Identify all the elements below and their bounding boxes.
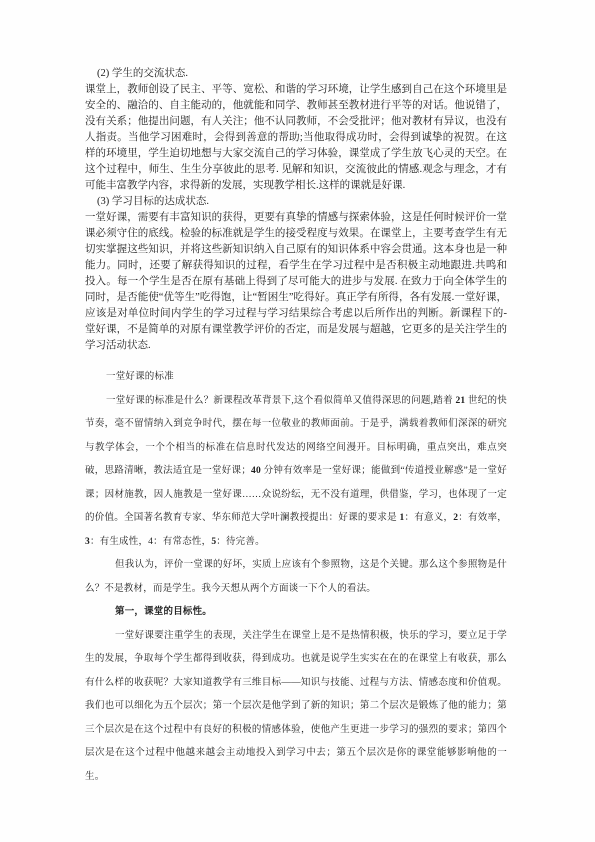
text-segment: 一堂好课，需要有丰富知识的获得，更要有真挚的情感与探索体验，这是任何时候评价一堂… bbox=[85, 212, 507, 351]
text-segment: 课堂上，教师创设了民主、平等、宽松、和谐的学习环境，让学生感到自己在这个环境里是… bbox=[85, 84, 507, 191]
text-segment: 第一，课堂的目标性。 bbox=[115, 607, 212, 617]
text-segment: ：有效率， bbox=[458, 513, 507, 523]
text-segment: 一堂好课的标准是什么？新课程改革背景下,这个看似简单又值得深思的问题,踏着 bbox=[106, 396, 455, 406]
para-item3-body: 一堂好课，需要有丰富知识的获得，更要有真挚的情感与探索体验，这是任何时候评价一堂… bbox=[85, 210, 507, 354]
text-segment: ：待完善。 bbox=[216, 537, 265, 547]
para-item2-heading: (2) 学生的交流状态. bbox=[85, 66, 507, 82]
document-upper-text-block: (2) 学生的交流状态.课堂上，教师创设了民主、平等、宽松、和谐的学习环境，让学… bbox=[85, 66, 507, 354]
text-segment: 世纪的快节奏，毫不留情纳入到竞争时代，摆在每一位敬业的教师面前。于是乎，满载着教… bbox=[85, 396, 507, 477]
text-segment: ：有生成性，4：有常态性， bbox=[90, 537, 211, 547]
para-item2-body: 课堂上，教师创设了民主、平等、宽松、和谐的学习环境，让学生感到自己在这个环境里是… bbox=[85, 82, 507, 194]
para-my-opinion: 但我认为，评价一堂课的好坏，实质上应该有个参照物，这是个关键。那么这个参照物是什… bbox=[85, 554, 507, 601]
text-segment: 一堂好课的标准 bbox=[106, 372, 174, 382]
text-segment: 一堂好课要注重学生的表现，关注学生在课堂上是不是热情积极，快乐的学习，要立足于学… bbox=[85, 631, 507, 782]
para-first-point-body: 一堂好课要注重学生的表现，关注学生在课堂上是不是热情积极，快乐的学习，要立足于学… bbox=[85, 625, 507, 790]
text-segment: 但我认为，评价一堂课的好坏，实质上应该有个参照物，这是个关键。那么这个参照物是什… bbox=[85, 560, 507, 594]
section-title: 一堂好课的标准 bbox=[85, 366, 507, 390]
para-first-point-heading: 第一，课堂的目标性。 bbox=[85, 601, 507, 625]
para-item3-heading: (3) 学习目标的达成状态. bbox=[85, 194, 507, 210]
bold-text-segment: 40 bbox=[251, 466, 261, 476]
document-lower-text-block: 一堂好课的标准一堂好课的标准是什么？新课程改革背景下,这个看似简单又值得深思的问… bbox=[85, 366, 507, 789]
text-segment: (2) 学生的交流状态. bbox=[97, 68, 188, 79]
text-segment: ：有意义， bbox=[405, 513, 454, 523]
para-standards-intro: 一堂好课的标准是什么？新课程改革背景下,这个看似简单又值得深思的问题,踏着 21… bbox=[85, 390, 507, 555]
document-page: (2) 学生的交流状态.课堂上，教师创设了民主、平等、宽松、和谐的学习环境，让学… bbox=[0, 0, 595, 842]
bold-text-segment: 21 bbox=[455, 396, 465, 406]
text-segment: (3) 学习目标的达成状态. bbox=[97, 196, 209, 207]
